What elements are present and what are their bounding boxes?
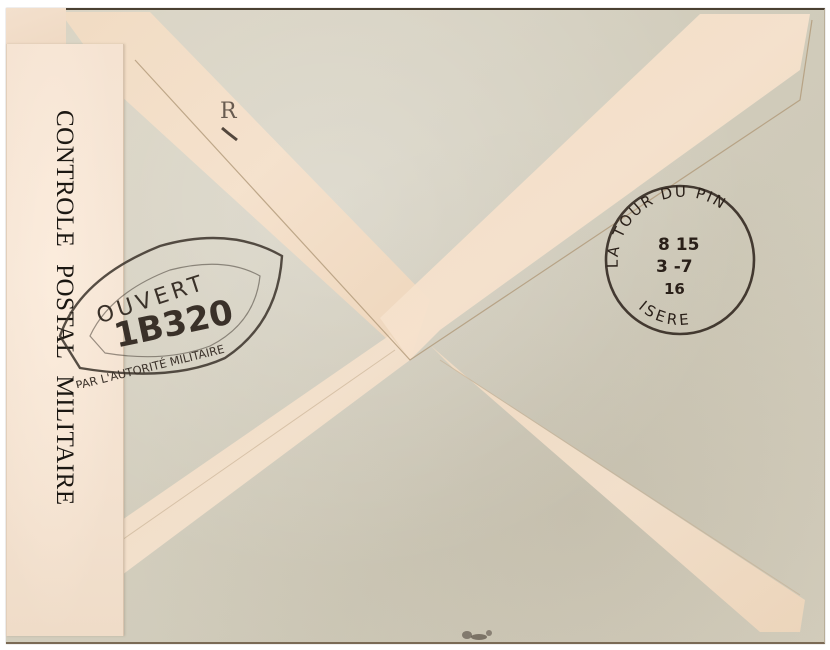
postmark-date-3: 16 (664, 280, 685, 298)
ink-smudge (455, 625, 505, 641)
flap-strip-bottom-right (430, 345, 805, 632)
svg-text:R: R (220, 99, 238, 124)
flap-edge-lower-right (440, 360, 800, 595)
postmark-town: LA TOUR DU PIN (604, 183, 731, 269)
postmark-date-1: 8 15 (658, 235, 699, 255)
postmark-date-2: 3 -7 (656, 257, 693, 277)
censor-strip-fold (6, 8, 66, 48)
ouvert-censor-cachet: OUVERT 1B320 PAR L'AUTORITÉ MILITAIRE (50, 218, 295, 388)
manuscript-r-mark: R (212, 88, 262, 148)
circular-date-postmark: LA TOUR DU PIN ISERE 8 15 3 -7 16 (598, 178, 763, 343)
